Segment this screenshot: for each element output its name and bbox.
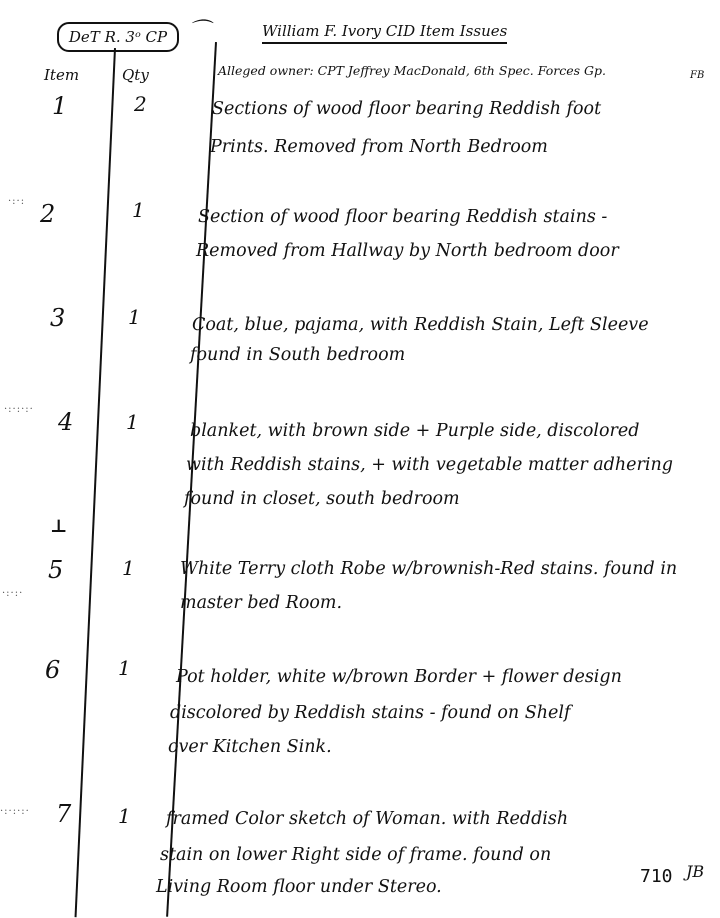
item-qty: 1	[118, 656, 131, 680]
column-header-qty: Qty	[122, 66, 149, 84]
item-description-line: found in South bedroom	[190, 342, 405, 368]
item-description-line: discolored by Reddish stains - found on …	[170, 700, 570, 726]
bracket-mark: ⌒	[188, 14, 210, 45]
item-description-line: master bed Room.	[180, 590, 342, 616]
page-number: 710	[640, 866, 673, 887]
scan-noise: ·:·:	[8, 196, 25, 207]
page-title: William F. Ivory CID Item Issues	[262, 22, 507, 44]
owner-line: Alleged owner: CPT Jeffrey MacDonald, 6t…	[218, 63, 606, 78]
item-number: 5	[48, 556, 63, 584]
item-description-line: Removed from Hallway by North bedroom do…	[196, 238, 619, 264]
item-description-line: Coat, blue, pajama, with Reddish Stain, …	[192, 312, 649, 338]
item-description-line: Section of wood floor bearing Reddish st…	[198, 204, 607, 230]
item-description-line: over Kitchen Sink.	[168, 734, 332, 760]
corner-mark: FB	[690, 70, 704, 81]
item-qty: 1	[132, 198, 145, 222]
item-qty: 1	[126, 410, 139, 434]
item-description-line: Pot holder, white w/brown Border + flowe…	[176, 664, 622, 690]
item-description-line: Sections of wood floor bearing Reddish f…	[212, 96, 601, 122]
scan-noise: ·:·:·:·	[0, 806, 30, 817]
strikethrough-mark: ⊥	[50, 516, 67, 537]
document-label-box: DeT R. 3ᵒ CP	[57, 22, 179, 52]
item-description-line: with Reddish stains, + with vegetable ma…	[186, 452, 673, 478]
item-description-line: framed Color sketch of Woman. with Reddi…	[166, 806, 568, 832]
item-description-line: blanket, with brown side + Purple side, …	[190, 418, 639, 444]
item-description-line: stain on lower Right side of frame. foun…	[160, 842, 551, 868]
item-description-line: found in closet, south bedroom	[184, 486, 460, 512]
column-divider-qty-desc	[166, 42, 217, 917]
item-number: 4	[58, 408, 73, 436]
item-description-line: Prints. Removed from North Bedroom	[210, 134, 548, 160]
item-qty: 1	[128, 305, 141, 329]
item-qty: 2	[134, 92, 147, 116]
item-number: 2	[40, 200, 55, 228]
item-number: 1	[52, 92, 67, 120]
item-description-line: White Terry cloth Robe w/brownish-Red st…	[180, 556, 677, 582]
item-qty: 1	[122, 556, 135, 580]
initials: JB	[686, 862, 704, 881]
item-number: 7	[56, 800, 71, 828]
item-qty: 1	[118, 804, 131, 828]
item-number: 3	[50, 304, 65, 332]
column-divider-item-qty	[75, 48, 116, 917]
scan-noise: ·:·:·:·	[4, 404, 34, 415]
column-header-item: Item	[44, 66, 79, 84]
item-description-line: Living Room floor under Stereo.	[156, 874, 442, 900]
item-number: 6	[45, 656, 60, 684]
scan-noise: ·:·:·	[2, 588, 23, 599]
